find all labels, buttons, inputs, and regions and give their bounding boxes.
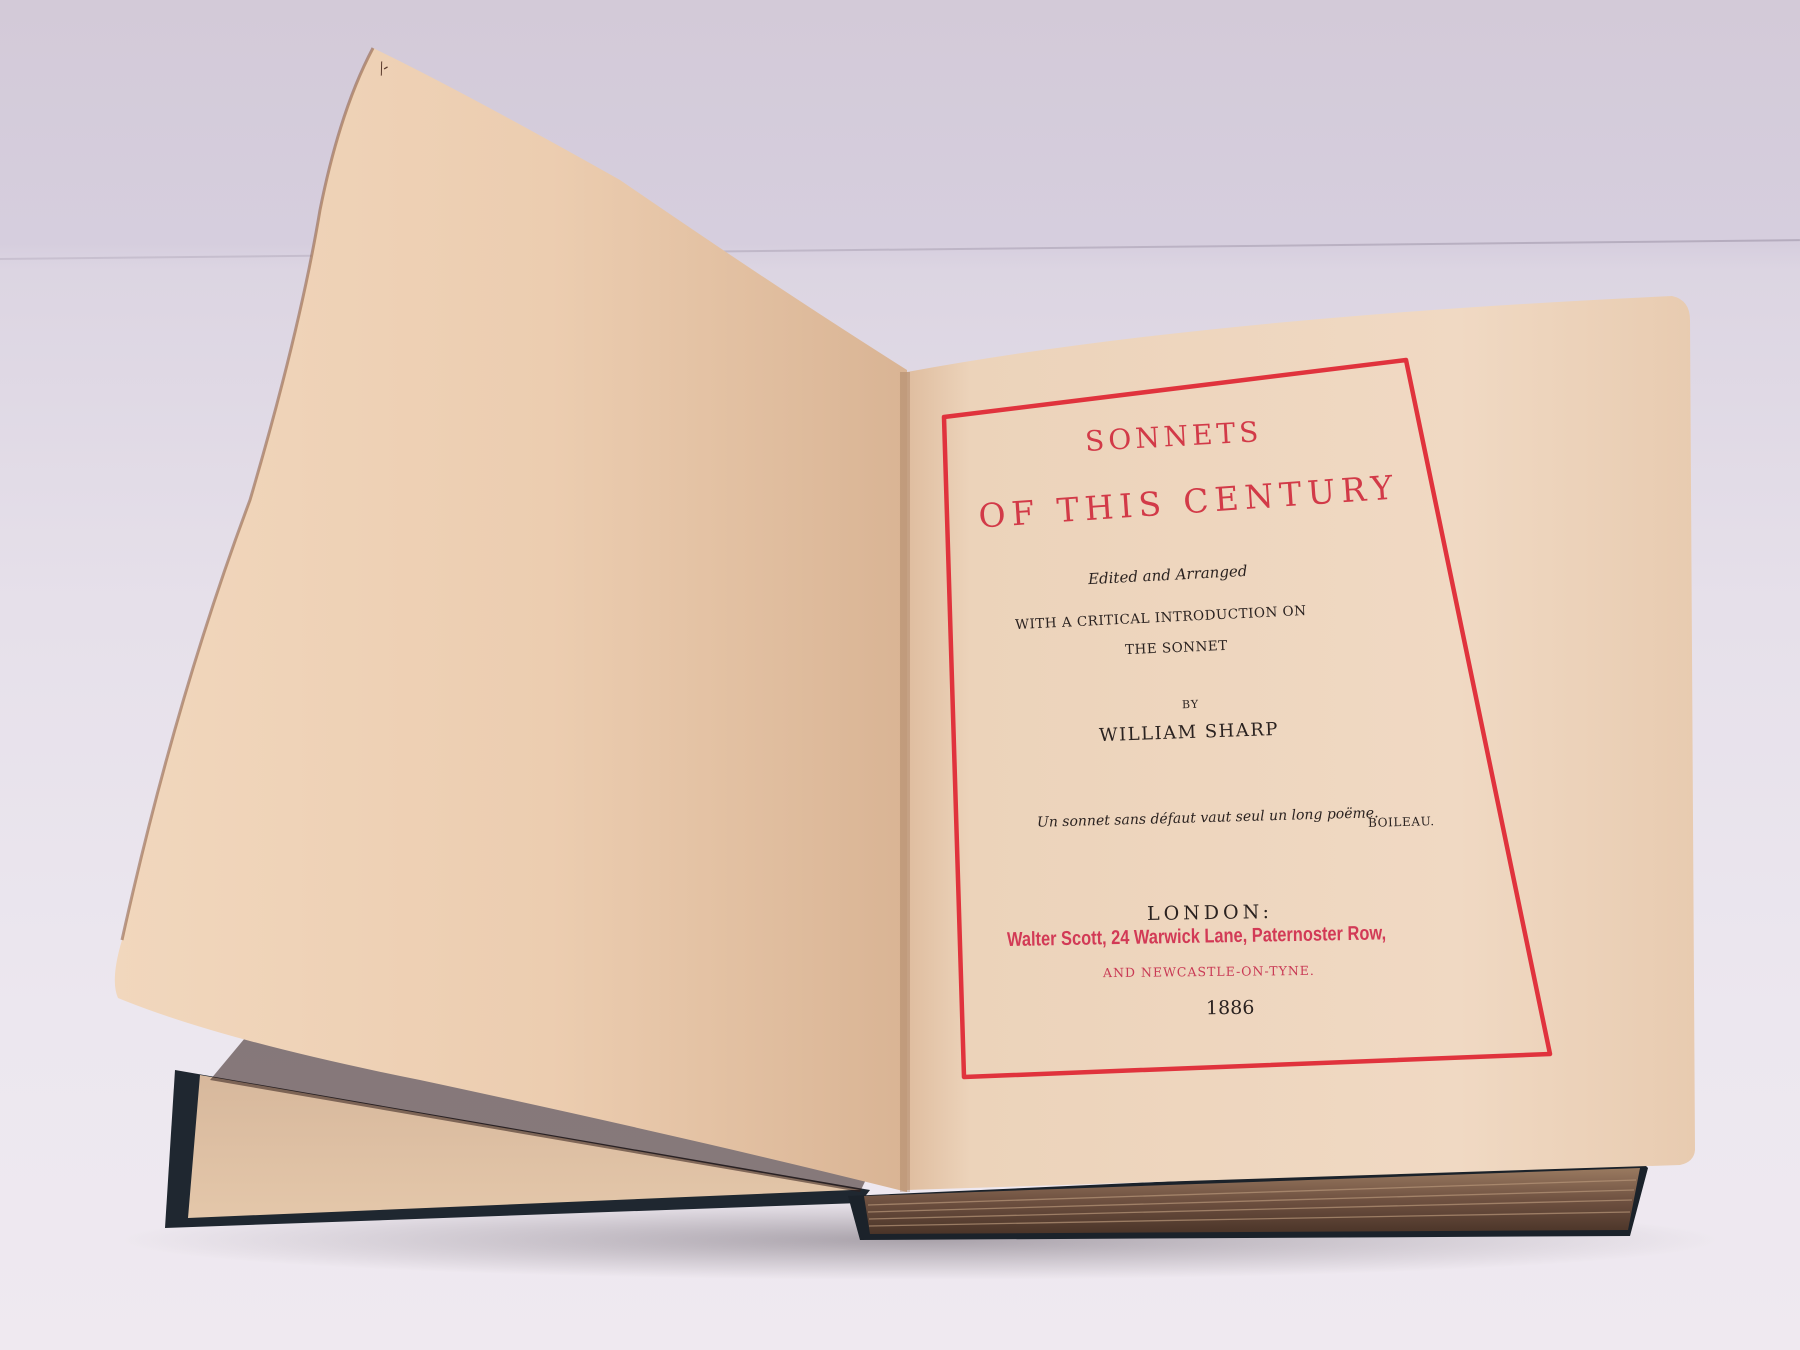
gutter <box>900 372 910 1192</box>
open-book <box>0 0 1800 1350</box>
title-page-sheet <box>907 296 1695 1190</box>
left-blank-page <box>115 48 907 1192</box>
photo-scene: ⁄- SONNETS OF THIS CENTURY Edited and Ar… <box>0 0 1800 1350</box>
